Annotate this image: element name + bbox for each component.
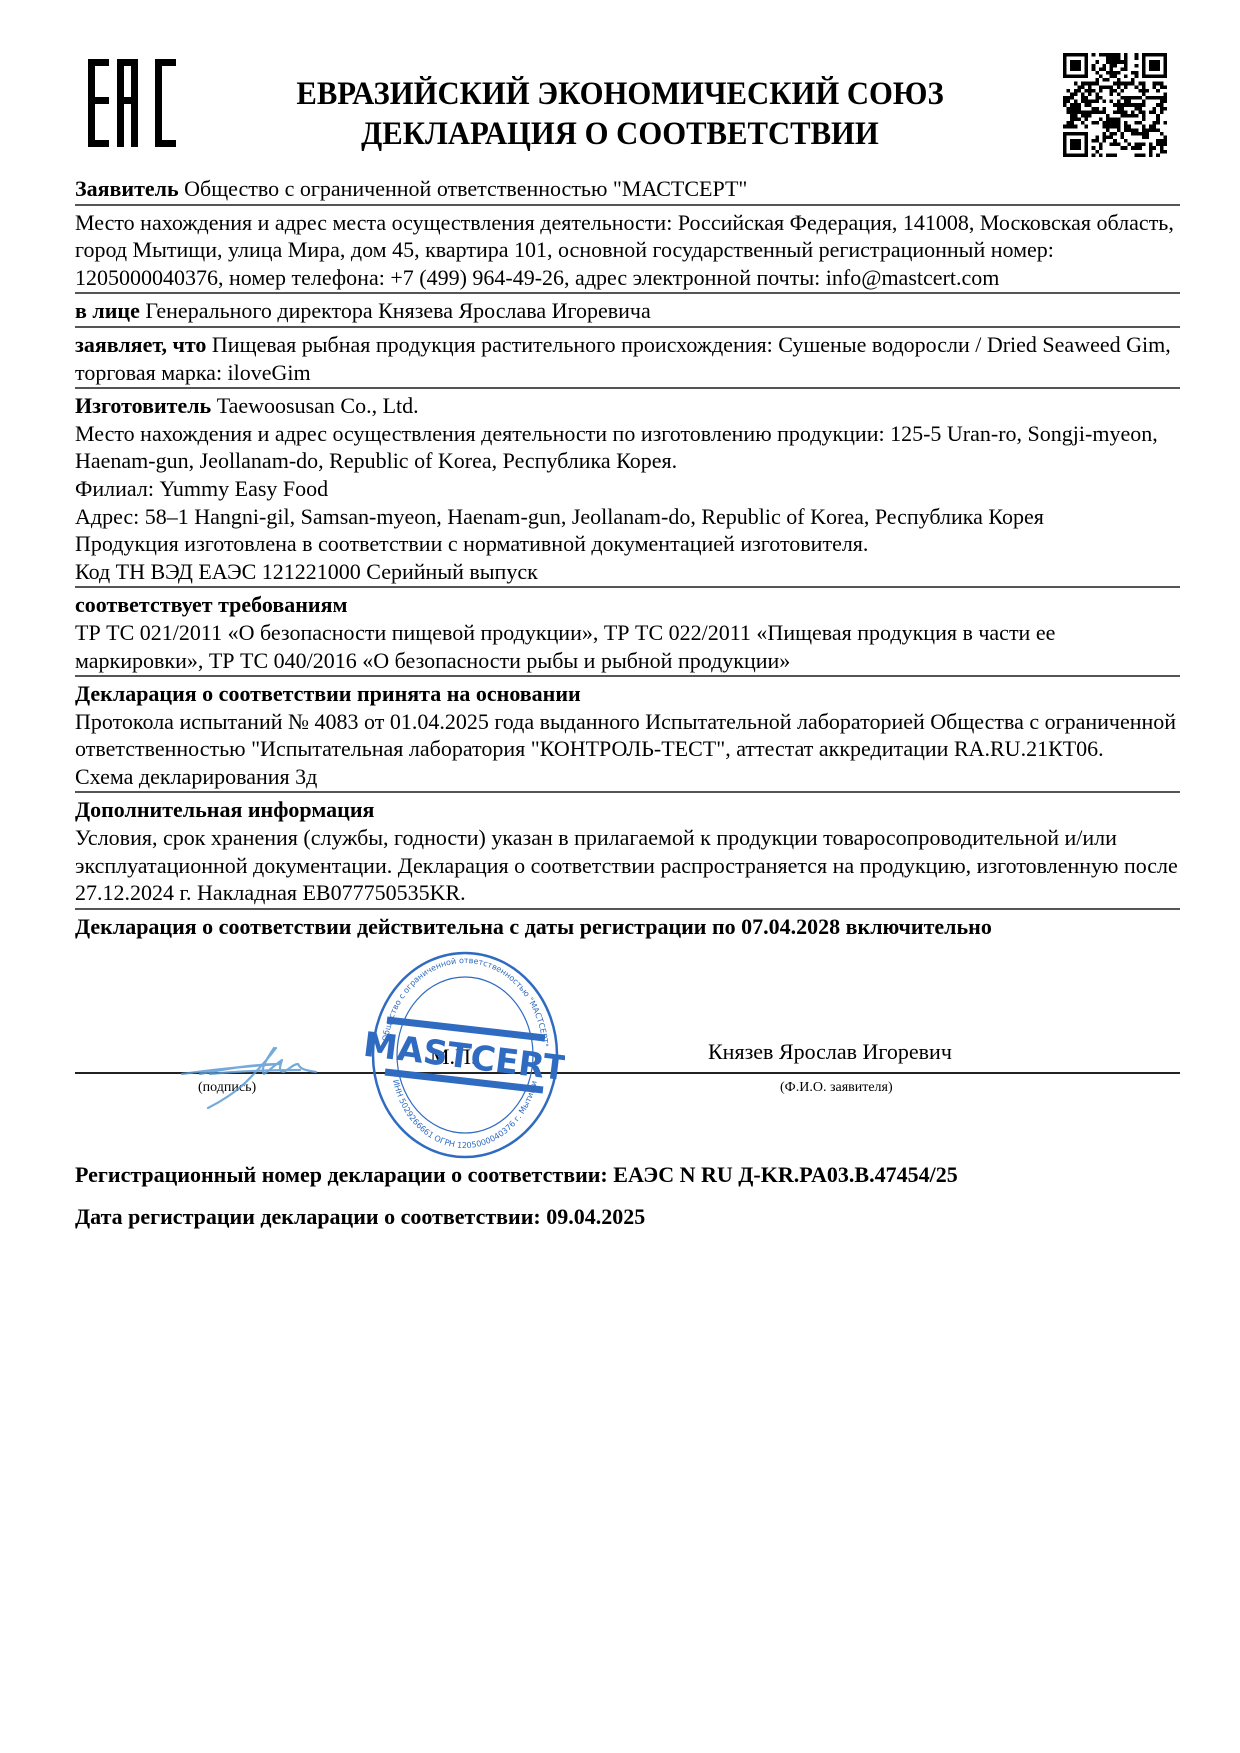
additional-info-value: Условия, срок хранения (службы, годности… [75,824,1180,907]
declaration-body: Заявитель Общество с ограниченной ответс… [75,175,1180,962]
declares-label: заявляет, что [75,332,206,357]
applicant-address: Место нахождения и адрес места осуществл… [75,209,1180,292]
product-description: Пищевая рыбная продукция растительного п… [75,332,1171,385]
registration-date-label: Дата регистрации декларации о соответств… [75,1204,541,1229]
union-title: ЕВРАЗИЙСКИЙ ЭКОНОМИЧЕСКИЙ СОЮЗ [229,74,1010,114]
eac-mark-icon [88,59,176,147]
manufacturer-name: Taewoosusan Co., Ltd. [217,393,419,418]
signatory-name: Князев Ярослав Игоревич [708,1039,952,1065]
applicant-section: Заявитель Общество с ограниченной ответс… [75,175,1180,206]
requirements-section: соответствует требованиям ТР ТС 021/2011… [75,591,1180,677]
name-caption: (Ф.И.О. заявителя) [780,1080,893,1096]
basis-label: Декларация о соответствии принята на осн… [75,680,1180,708]
requirements-label: соответствует требованиям [75,591,1180,619]
requirements-value: ТР ТС 021/2011 «О безопасности пищевой п… [75,619,1180,674]
representative-section: в лице Генерального директора Князева Яр… [75,297,1180,328]
representative-label: в лице [75,298,140,323]
document-title: ДЕКЛАРАЦИЯ О СООТВЕТСТВИИ [229,114,1010,154]
qr-code-icon [1062,53,1168,157]
additional-info-label: Дополнительная информация [75,796,1180,824]
declaration-scheme: Схема декларирования 3д [75,763,1180,791]
signature-line [75,1072,1180,1074]
manufacturer-docs: Продукция изготовлена в соответствии с н… [75,530,1180,558]
representative-value: Генерального директора Князева Ярослава … [145,298,650,323]
seal-mark: М.П. [430,1044,476,1070]
basis-section: Декларация о соответствии принята на осн… [75,680,1180,793]
applicant-address-section: Место нахождения и адрес места осуществл… [75,209,1180,295]
additional-info-section: Дополнительная информация Условия, срок … [75,796,1180,909]
registration-date-value: 09.04.2025 [546,1204,645,1229]
tnved-code: Код ТН ВЭД ЕАЭС 121221000 Серийный выпус… [75,558,1180,586]
manufacturer-label: Изготовитель [75,393,211,418]
svg-text:ИНН 5029266661 ОГРН 1205000040: ИНН 5029266661 ОГРН 1205000040376 г. Мыт… [391,1079,539,1150]
handwritten-signature-icon [170,1030,370,1110]
registration-number: Регистрационный номер декларации о соотв… [75,1162,958,1188]
applicant-name: Общество с ограниченной ответственностью… [184,176,747,201]
basis-value: Протокола испытаний № 4083 от 01.04.2025… [75,708,1180,763]
product-section: заявляет, что Пищевая рыбная продукция р… [75,331,1180,389]
validity-statement: Декларация о соответствии действительна … [75,913,1180,941]
branch-address: Адрес: 58–1 Hangni-gil, Samsan-myeon, Ha… [75,503,1180,531]
manufacturer-address: Место нахождения и адрес осуществления д… [75,420,1180,475]
registration-number-label: Регистрационный номер декларации о соотв… [75,1162,608,1187]
svg-text:Общество с ограниченной ответс: Общество с ограниченной ответственностью… [381,956,550,1048]
signature-caption: (подпись) [198,1080,256,1096]
registration-number-value: ЕАЭС N RU Д-KR.PA03.B.47454/25 [613,1162,957,1187]
manufacturer-section: Изготовитель Taewoosusan Co., Ltd. Место… [75,392,1180,588]
registration-date: Дата регистрации декларации о соответств… [75,1204,645,1230]
applicant-label: Заявитель [75,176,179,201]
branch-name: Филиал: Yummy Easy Food [75,475,1180,503]
